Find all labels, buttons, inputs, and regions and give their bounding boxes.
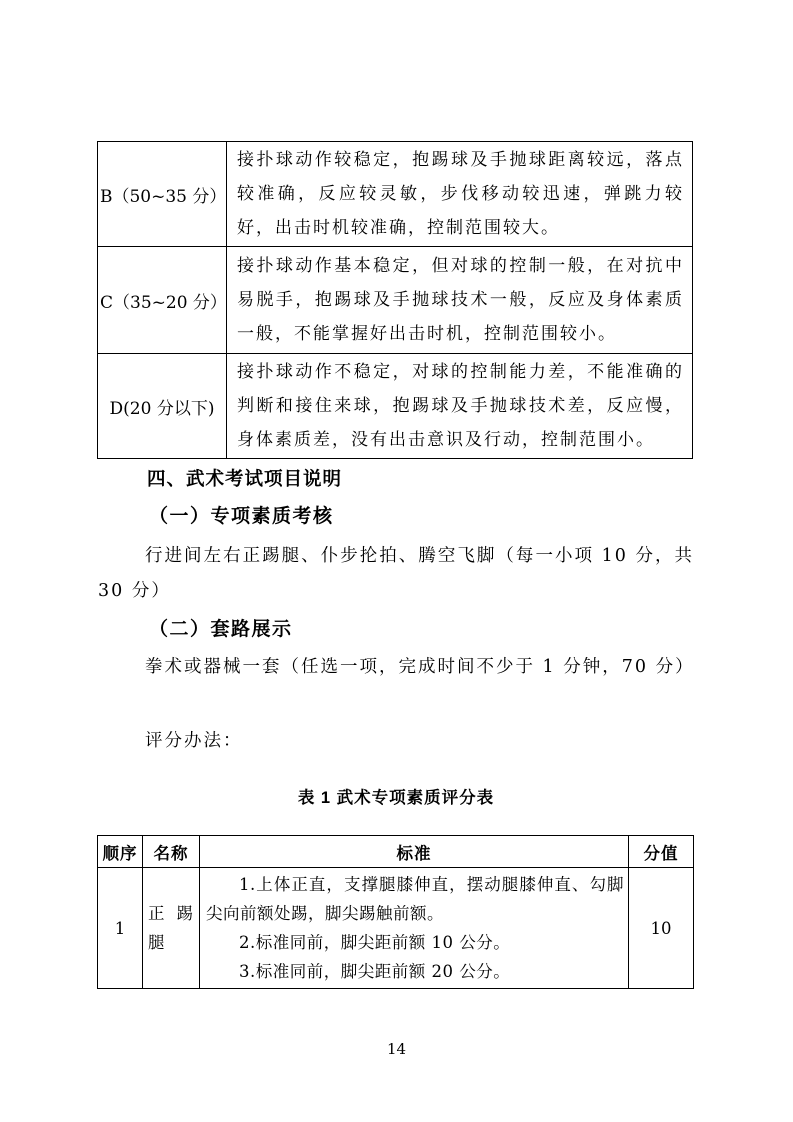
table-row: B（50~35 分） 接扑球动作较稳定，抱踢球及手抛球距离较远，落点较准确，反应… [98,142,693,247]
cell-order: 1 [98,868,143,989]
page-number: 14 [0,1040,793,1058]
grade-label-d: D(20 分以下) [98,354,227,459]
paragraph-special-quality: 行进间左右正踢腿、仆步抡拍、腾空飞脚（每一小项 10 分，共 30 分） [98,539,694,609]
table-caption: 表 1 武术专项素质评分表 [98,784,694,808]
header-name: 名称 [143,836,200,868]
standard-item-3: 3.标准同前，脚尖距前额 20 公分。 [206,957,624,986]
score-table: 顺序 名称 标准 分值 1 正踢腿 1.上体正直，支撑腿膝伸直，摆动腿膝伸直、勾… [97,835,694,989]
standard-item-1: 1.上体正直，支撑腿膝伸直，摆动腿膝伸直、勾脚尖向前额处踢，脚尖踢触前额。 [206,870,624,928]
table-row: C（35~20 分） 接扑球动作基本稳定，但对球的控制一般，在对抗中易脱手，抱踢… [98,247,693,354]
header-order: 顺序 [98,836,143,868]
table-row: 1 正踢腿 1.上体正直，支撑腿膝伸直，摆动腿膝伸直、勾脚尖向前额处踢，脚尖踢触… [98,868,694,989]
subsection-heading-1: （一）专项素质考核 [149,501,334,528]
header-score: 分值 [629,836,694,868]
document-page: B（50~35 分） 接扑球动作较稳定，抱踢球及手抛球距离较远，落点较准确，反应… [0,0,793,1122]
section-heading: 四、武术考试项目说明 [147,465,342,491]
cell-score: 10 [629,868,694,989]
grade-description-b: 接扑球动作较稳定，抱踢球及手抛球距离较远，落点较准确，反应较灵敏，步伐移动较迅速… [227,142,693,247]
paragraph-scoring-method: 评分办法： [98,724,694,759]
grade-description-d: 接扑球动作不稳定，对球的控制能力差，不能准确的判断和接住来球，抱踢球及手抛球技术… [227,354,693,459]
cell-name: 正踢腿 [143,868,200,989]
table-header-row: 顺序 名称 标准 分值 [98,836,694,868]
paragraph-routine-display: 拳术或器械一套（任选一项，完成时间不少于 1 分钟，70 分） [98,650,694,685]
grade-description-c: 接扑球动作基本稳定，但对球的控制一般，在对抗中易脱手，抱踢球及手抛球技术一般，反… [227,247,693,354]
grade-criteria-table: B（50~35 分） 接扑球动作较稳定，抱踢球及手抛球距离较远，落点较准确，反应… [97,141,693,459]
header-standard: 标准 [200,836,629,868]
grade-label-b: B（50~35 分） [98,142,227,247]
cell-standard: 1.上体正直，支撑腿膝伸直，摆动腿膝伸直、勾脚尖向前额处踢，脚尖踢触前额。 2.… [200,868,629,989]
standard-item-2: 2.标准同前，脚尖距前额 10 公分。 [206,928,624,957]
table-row: D(20 分以下) 接扑球动作不稳定，对球的控制能力差，不能准确的判断和接住来球… [98,354,693,459]
subsection-heading-2: （二）套路展示 [149,614,293,641]
grade-label-c: C（35~20 分） [98,247,227,354]
